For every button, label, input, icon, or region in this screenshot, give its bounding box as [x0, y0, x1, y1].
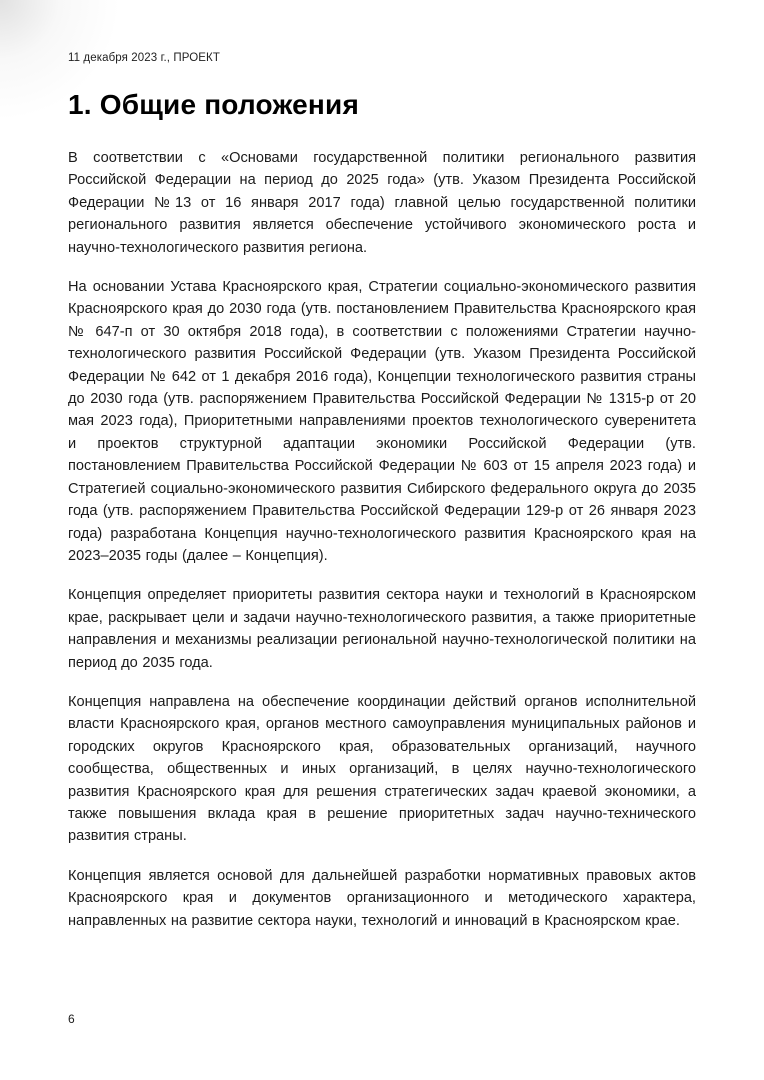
page-number: 6: [68, 1012, 75, 1026]
paragraph-1: В соответствии с «Основами государственн…: [68, 147, 696, 259]
page-content: 11 декабря 2023 г., ПРОЕКТ 1. Общие поло…: [68, 52, 696, 949]
document-page: 11 декабря 2023 г., ПРОЕКТ 1. Общие поло…: [0, 0, 764, 1080]
paragraph-5: Концепция является основой для дальнейше…: [68, 865, 696, 932]
section-title: 1. Общие положения: [68, 89, 696, 121]
paragraph-2: На основании Устава Красноярского края, …: [68, 276, 696, 567]
header-date: 11 декабря 2023 г., ПРОЕКТ: [68, 52, 696, 64]
paragraph-3: Концепция определяет приоритеты развития…: [68, 584, 696, 674]
body-text: В соответствии с «Основами государственн…: [68, 147, 696, 932]
paragraph-4: Концепция направлена на обеспечение коор…: [68, 691, 696, 848]
